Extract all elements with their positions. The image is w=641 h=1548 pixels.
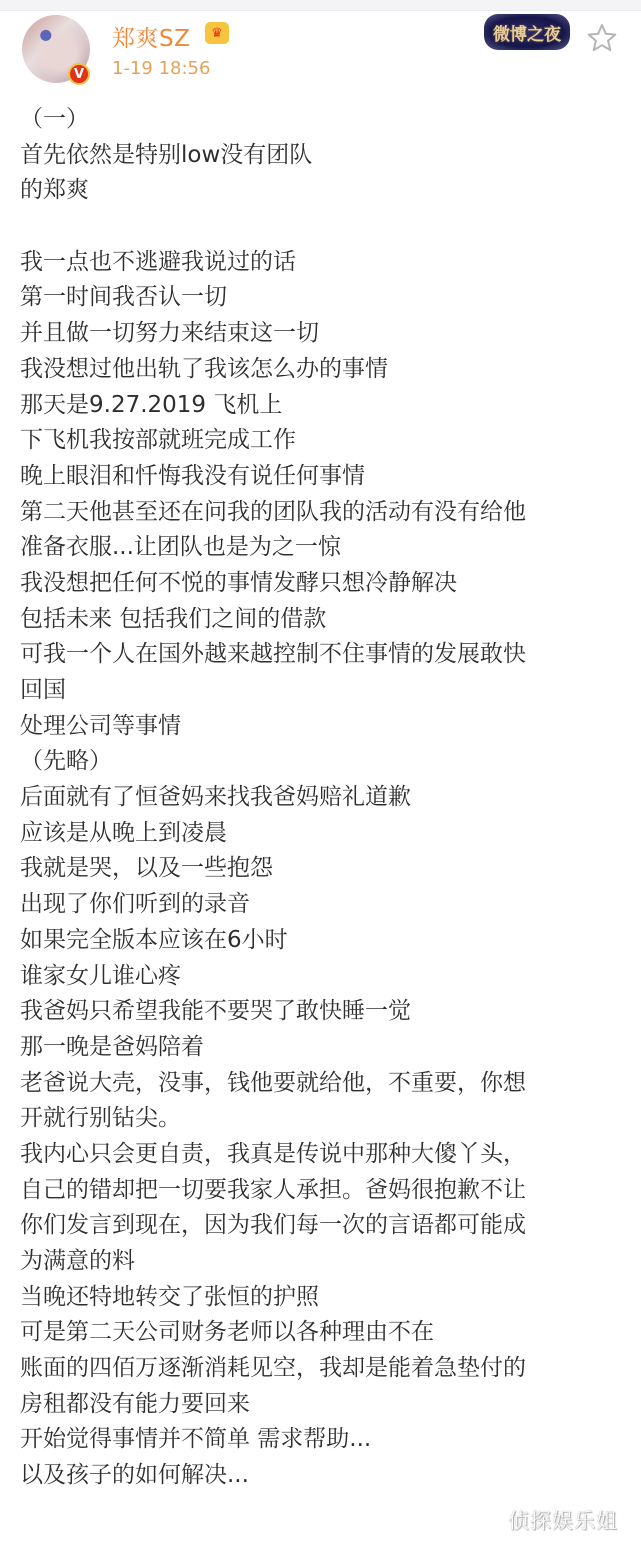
- text-line: 处理公司等事情: [20, 709, 630, 745]
- text-line: （一）: [20, 102, 630, 138]
- text-line: 可我一个人在国外越来越控制不住事情的发展敢快: [20, 637, 630, 673]
- text-line: 我爸妈只希望我能不要哭了敢快睡一觉: [20, 994, 630, 1030]
- text-line: 首先依然是特别low没有团队: [20, 138, 630, 174]
- text-line: 那一晚是爸妈陪着: [20, 1030, 630, 1066]
- text-line: 第二天他甚至还在问我的团队我的活动有没有给他: [20, 495, 630, 531]
- text-line: 后面就有了恒爸妈来找我爸妈赔礼道歉: [20, 780, 630, 816]
- text-line: 包括未来 包括我们之间的借款: [20, 602, 630, 638]
- text-line: 以及孩子的如何解决...: [20, 1458, 630, 1494]
- text-line: 第一时间我否认一切: [20, 280, 630, 316]
- text-line: 那天是9.27.2019 飞机上: [20, 388, 630, 424]
- text-line: 如果完全版本应该在6小时: [20, 923, 630, 959]
- text-line: 你们发言到现在，因为我们每一次的言语都可能成: [20, 1208, 630, 1244]
- text-line: 并且做一切努力来结束这一切: [20, 316, 630, 352]
- text-line: 谁家女儿谁心疼: [20, 959, 630, 995]
- post-body: （一） 首先依然是特别low没有团队 的郑爽 我一点也不逃避我说过的话 第一时间…: [20, 102, 630, 1494]
- author-name[interactable]: 郑爽SZ: [112, 20, 190, 53]
- text-line: 的郑爽: [20, 173, 630, 209]
- text-line: 回国: [20, 673, 630, 709]
- text-line: 开始觉得事情并不简单 需求帮助...: [20, 1422, 630, 1458]
- text-line: 我内心只会更自责，我真是传说中那种大傻丫头，: [20, 1137, 630, 1173]
- text-line: 我一点也不逃避我说过的话: [20, 245, 630, 281]
- text-line: 准备衣服...让团队也是为之一惊: [20, 530, 630, 566]
- text-line: 出现了你们听到的录音: [20, 887, 630, 923]
- text-line: 账面的四佰万逐渐消耗见空，我却是能着急垫付的: [20, 1351, 630, 1387]
- watermark: 侦探娱乐姐: [508, 1505, 618, 1535]
- favorite-star-icon[interactable]: [586, 22, 618, 54]
- event-badge: 微博之夜: [484, 14, 570, 50]
- post-timestamp: 1-19 18:56: [112, 58, 210, 79]
- text-line: 开就行别钻尖。: [20, 1101, 630, 1137]
- text-line: 老爸说大壳，没事，钱他要就给他，不重要，你想: [20, 1066, 630, 1102]
- vip-crown-icon: ♛: [205, 22, 229, 44]
- verified-icon: V: [68, 63, 90, 85]
- text-line: 应该是从晚上到凌晨: [20, 816, 630, 852]
- text-line: 我没想过他出轨了我该怎么办的事情: [20, 352, 630, 388]
- text-line: 自己的错却把一切要我家人承担。爸妈很抱歉不让: [20, 1173, 630, 1209]
- text-line: 下飞机我按部就班完成工作: [20, 423, 630, 459]
- text-line: 房租都没有能力要回来: [20, 1387, 630, 1423]
- text-line: 我就是哭，以及一些抱怨: [20, 851, 630, 887]
- text-line: 晚上眼泪和忏悔我没有说任何事情: [20, 459, 630, 495]
- blank-line: [20, 209, 630, 245]
- text-line: 当晚还特地转交了张恒的护照: [20, 1280, 630, 1316]
- text-line: 为满意的料: [20, 1244, 630, 1280]
- text-line: 可是第二天公司财务老师以各种理由不在: [20, 1315, 630, 1351]
- text-line: （先略）: [20, 744, 630, 780]
- text-line: 我没想把任何不悦的事情发酵只想冷静解决: [20, 566, 630, 602]
- post-header: V 郑爽SZ ♛ 1-19 18:56 微博之夜: [0, 10, 641, 94]
